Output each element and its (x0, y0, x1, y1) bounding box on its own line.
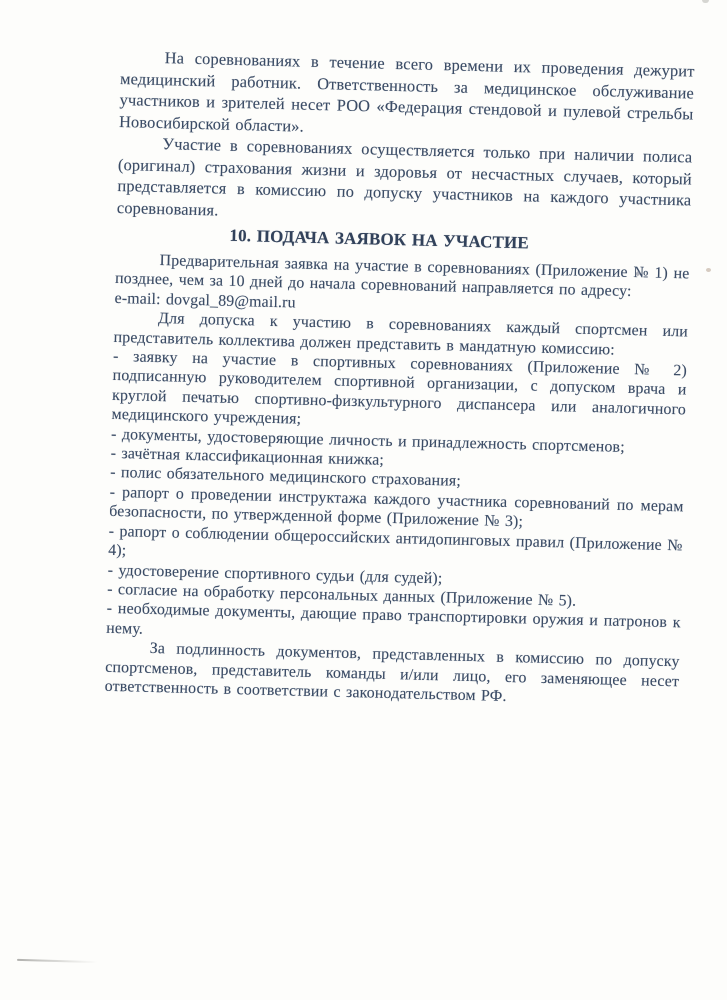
section-medical-and-insurance: На соревнованиях в течение всего времени… (117, 46, 695, 232)
paragraph-insurance-policy: Участие в соревнованиях осуществляется т… (117, 132, 693, 232)
document-text: На соревнованиях в течение всего времени… (105, 46, 695, 711)
scanned-page: На соревнованиях в течение всего времени… (0, 0, 727, 1000)
scan-edge-mark (702, 0, 709, 3)
scan-smudge-line (17, 959, 97, 963)
paragraph-medical-duty: На соревнованиях в течение всего времени… (119, 46, 695, 146)
scan-speck-brown (706, 268, 711, 272)
requirement-item-application-form: - заявку на участие в спортивных соревно… (111, 347, 687, 439)
requirements-list: - заявку на участие в спортивных соревно… (106, 347, 687, 653)
section-application-submission: Предварительная заявка на участие в соре… (105, 250, 690, 711)
